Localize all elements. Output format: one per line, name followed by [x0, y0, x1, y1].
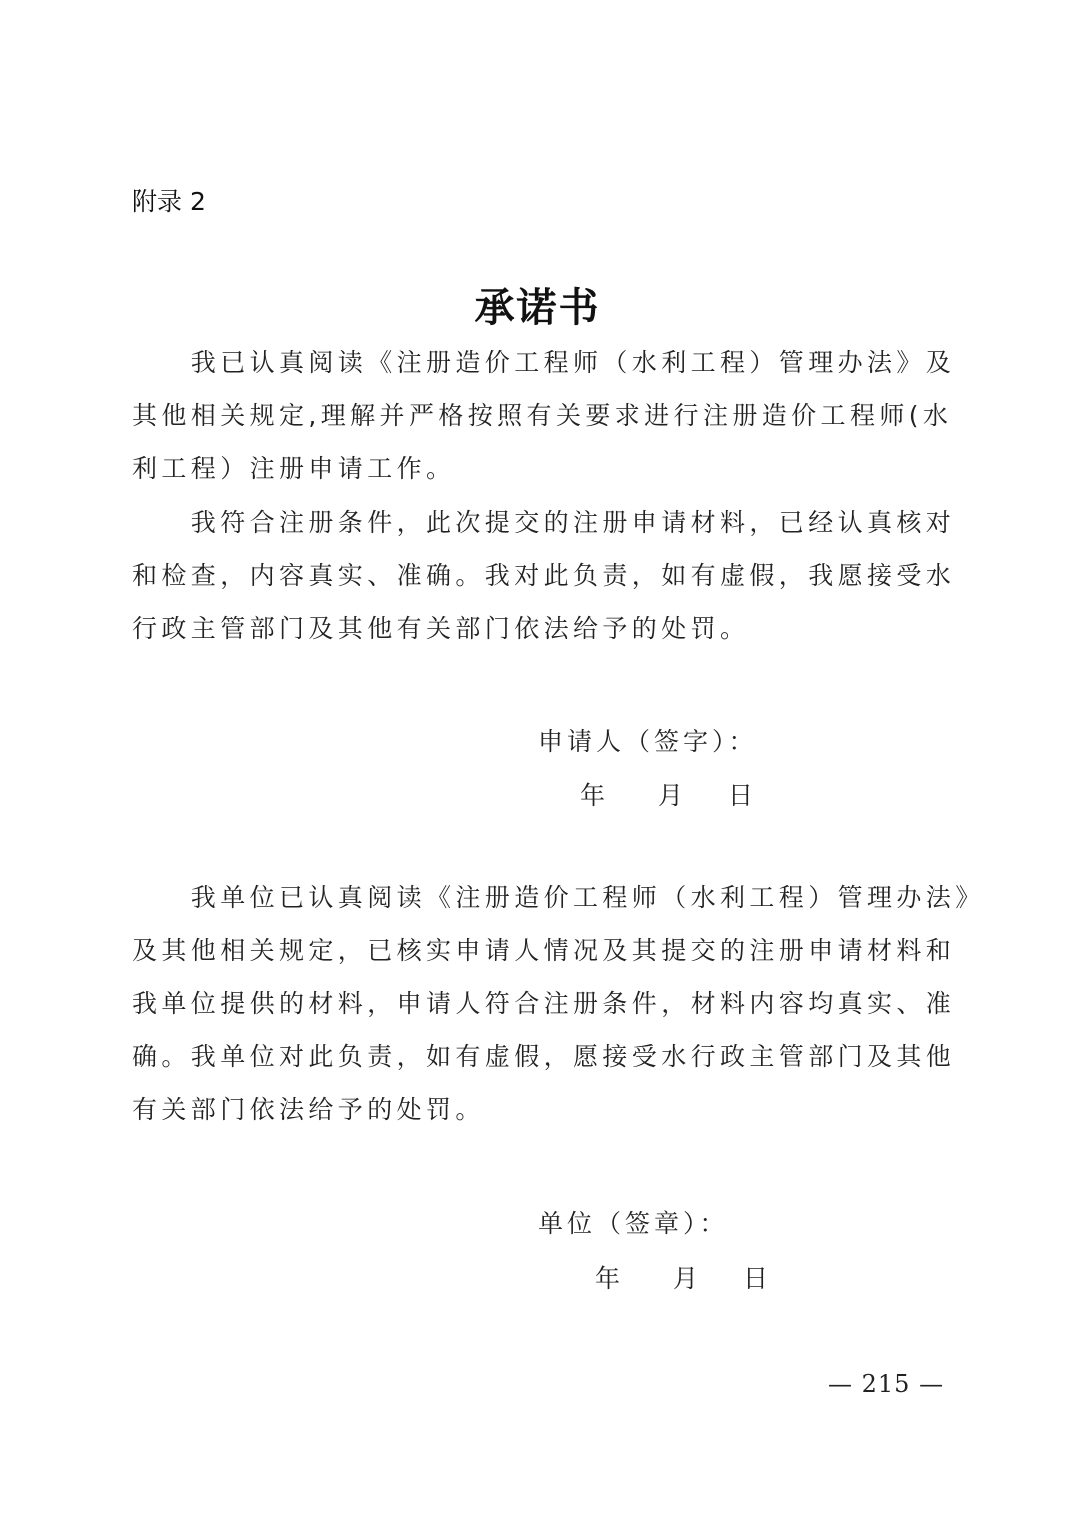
paragraph-line: 及其他相关规定，已核实申请人情况及其提交的注册申请材料和: [132, 924, 944, 977]
document-title: 承诺书: [0, 276, 1075, 333]
date-day: 日: [743, 1259, 768, 1295]
paragraph-line: 我已认真阅读《注册造价工程师（水利工程）管理办法》及: [132, 336, 944, 389]
paragraph-line: 其他相关规定,理解并严格按照有关要求进行注册造价工程师(水: [132, 389, 944, 442]
page-number: — 215 —: [828, 1370, 944, 1398]
date-month: 月: [673, 1259, 743, 1295]
applicant-paragraph-2: 我符合注册条件，此次提交的注册申请材料，已经认真核对 和检查，内容真实、准确。我…: [132, 496, 944, 655]
document-page: 附录 2 承诺书 我已认真阅读《注册造价工程师（水利工程）管理办法》及 其他相关…: [0, 0, 1075, 1519]
paragraph-line: 我单位提供的材料，申请人符合注册条件，材料内容均真实、准: [132, 977, 944, 1030]
unit-paragraph: 我单位已认真阅读《注册造价工程师（水利工程）管理办法》 及其他相关规定，已核实申…: [132, 871, 944, 1136]
date-year: 年: [580, 776, 658, 812]
paragraph-line: 我符合注册条件，此次提交的注册申请材料，已经认真核对: [132, 496, 944, 549]
paragraph-line: 利工程）注册申请工作。: [132, 442, 944, 495]
appendix-label: 附录 2: [132, 182, 206, 218]
paragraph-line: 有关部门依法给予的处罚。: [132, 1083, 944, 1136]
applicant-signature-label: 申请人（签字）：: [538, 722, 758, 758]
paragraph-line: 和检查，内容真实、准确。我对此负责，如有虚假，我愿接受水: [132, 549, 944, 602]
date-year: 年: [595, 1259, 673, 1295]
unit-date-line: 年月日: [595, 1259, 768, 1295]
unit-signature-label: 单位（签章）：: [538, 1204, 729, 1240]
applicant-paragraph-1: 我已认真阅读《注册造价工程师（水利工程）管理办法》及 其他相关规定,理解并严格按…: [132, 336, 944, 495]
date-day: 日: [728, 776, 753, 812]
paragraph-line: 行政主管部门及其他有关部门依法给予的处罚。: [132, 602, 944, 655]
applicant-date-line: 年月日: [580, 776, 753, 812]
paragraph-line: 我单位已认真阅读《注册造价工程师（水利工程）管理办法》: [132, 871, 944, 924]
paragraph-line: 确。我单位对此负责，如有虚假，愿接受水行政主管部门及其他: [132, 1030, 944, 1083]
date-month: 月: [658, 776, 728, 812]
